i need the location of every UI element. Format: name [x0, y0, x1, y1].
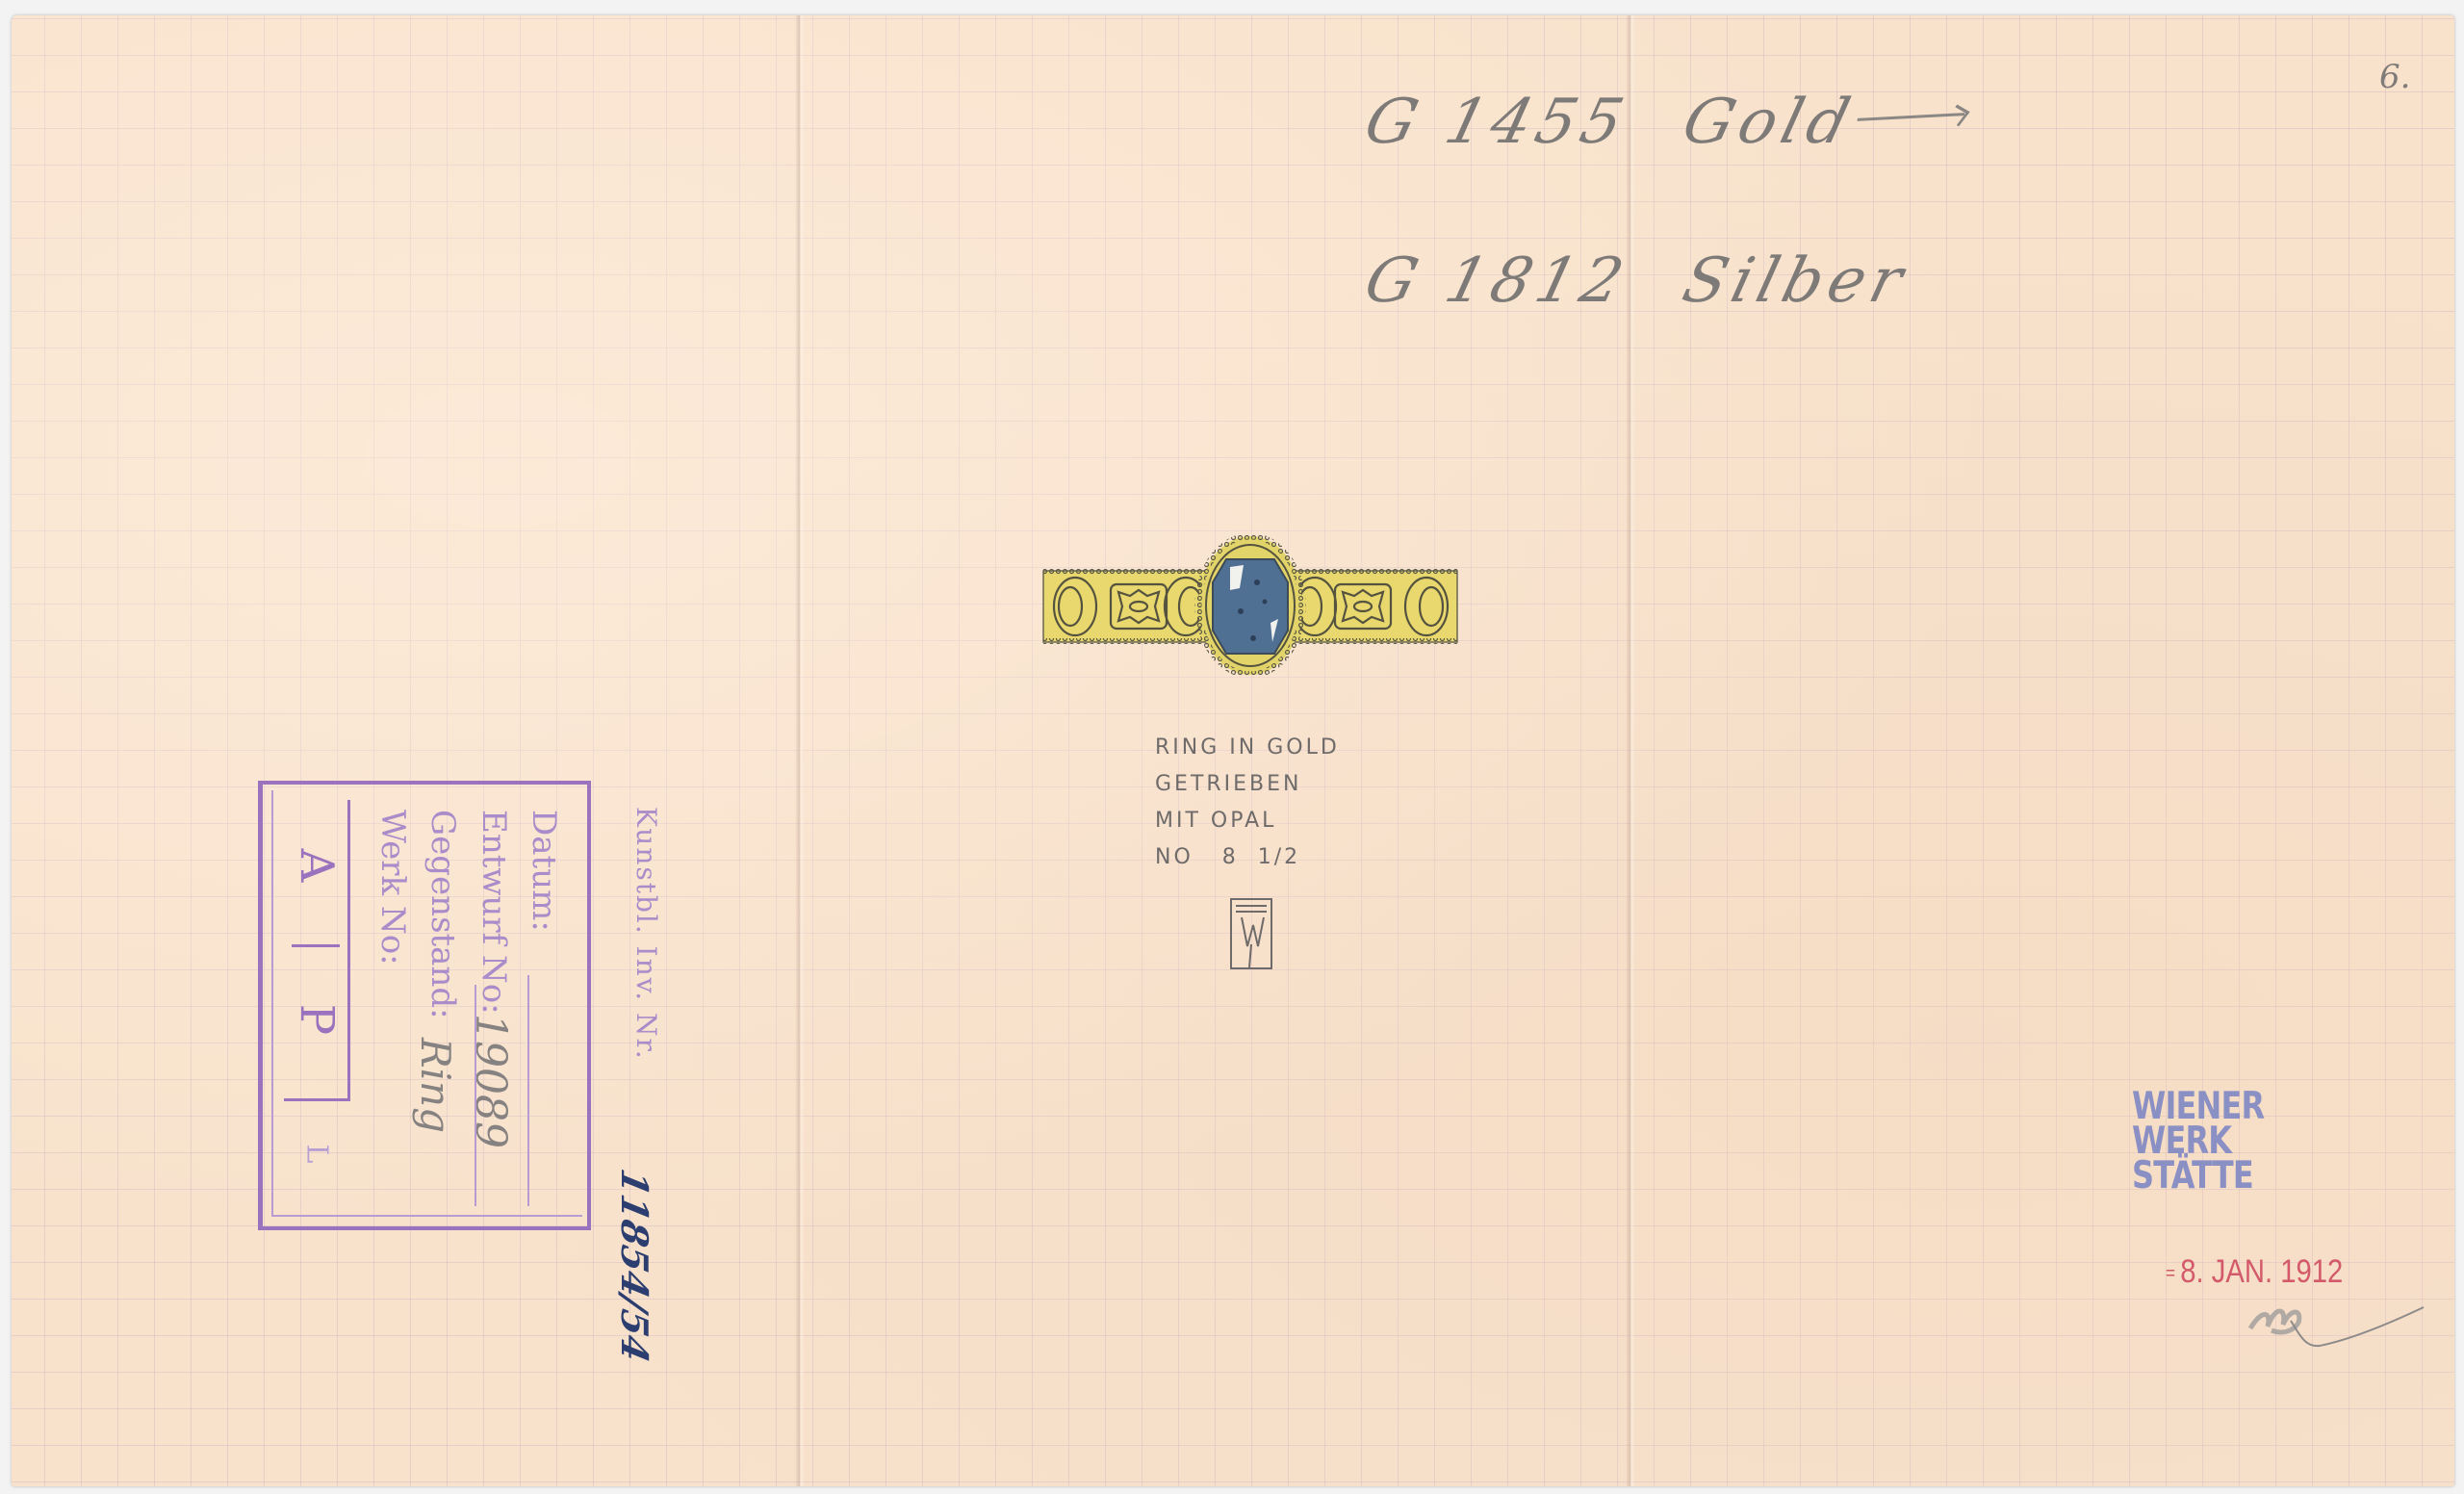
design-number: G 1455: [1358, 87, 1636, 158]
pencil-note-silver: G 1812Silber: [1358, 245, 1915, 317]
ring-illustration-icon: [1041, 534, 1459, 677]
stamp-fields: Datum: Entwurf No: 19089 Gegenstand: Rin…: [359, 792, 580, 1221]
stamp-field-work-number: Werk No:: [373, 810, 412, 966]
material-label: Silber: [1676, 245, 1915, 317]
date-text: 8. JAN. 1912: [2180, 1253, 2343, 1290]
ww-monogram-icon: [1228, 896, 1274, 971]
stamp-field-date: Datum:: [525, 810, 563, 932]
stamp-line: STÄTTE: [2132, 1159, 2264, 1194]
design-caption: RING IN GOLD GETRIEBEN MIT OPAL NO 8 1/2: [1155, 730, 1340, 876]
register-stamp: A P L Datum: Entwurf No: 19089 Gegenstan…: [258, 781, 591, 1230]
stamp-rule: [527, 975, 529, 1206]
stamp-field-object: Gegenstand:: [423, 810, 462, 1019]
ring-drawing: [1041, 534, 1459, 677]
caption-line: NO 8 1/2: [1155, 839, 1340, 876]
object-value: Ring: [412, 1038, 459, 1133]
page-number: 6.: [2379, 58, 2410, 96]
caption-line: MIT OPAL: [1155, 803, 1340, 839]
wiener-werkstaette-stamp: WIENER WERK STÄTTE: [2132, 1090, 2264, 1194]
inventory-stamp-label: Kunstbl. Inv. Nr.: [630, 807, 662, 1061]
apl-column: A P L: [284, 800, 350, 1101]
signature-scribble-icon: [2243, 1290, 2425, 1357]
fold-line-left: [795, 15, 805, 1486]
date-stamp: =8. JAN. 1912: [2166, 1253, 2343, 1291]
caption-line: RING IN GOLD: [1155, 730, 1340, 766]
material-label: Gold: [1676, 87, 1862, 158]
stamp-field-design-number: Entwurf No:: [475, 810, 513, 1015]
fold-line-right: [1626, 15, 1635, 1486]
design-number: G 1812: [1358, 245, 1636, 317]
stamp-letter: P: [290, 992, 344, 1046]
date-prefix: =: [2166, 1263, 2175, 1284]
stamp-rule: [475, 985, 476, 1206]
pencil-note-gold: G 1455Gold: [1358, 87, 1972, 158]
arrow-icon: [1858, 113, 1965, 121]
stamp-letter: L: [300, 1127, 334, 1181]
stamp-separator: [292, 944, 340, 947]
inventory-number: 11854/54: [613, 1165, 656, 1366]
caption-line: GETRIEBEN: [1155, 766, 1340, 803]
stamp-letter: A: [290, 838, 344, 892]
design-number-value: 19089: [466, 1014, 515, 1148]
